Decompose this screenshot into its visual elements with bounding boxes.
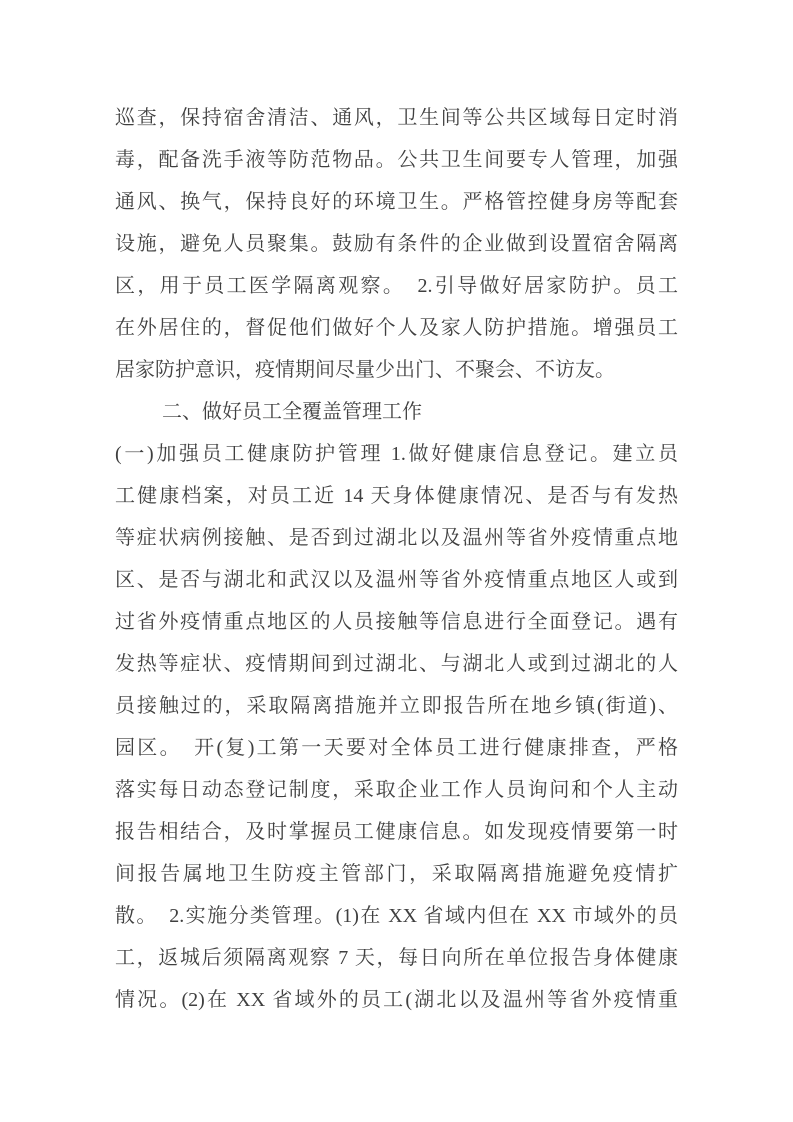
text-line: 发热等症状、疫情期间到过湖北、与湖北人或到过湖北的人 xyxy=(115,643,678,685)
text-line: 居家防护意识，疫情期间尽量少出门、不聚会、不访友。 xyxy=(115,349,678,391)
text-line: 设施，避免人员聚集。鼓励有条件的企业做到设置宿舍隔离 xyxy=(115,223,678,265)
text-line: 巡查，保持宿舍清洁、通风，卫生间等公共区域每日定时消 xyxy=(115,97,678,139)
text-line: 员接触过的，采取隔离措施并立即报告所在地乡镇(街道)、 xyxy=(115,685,678,727)
text-line: (一)加强员工健康防护管理 1.做好健康信息登记。建立员 xyxy=(115,433,678,475)
text-line: 毒，配备洗手液等防范物品。公共卫生间要专人管理，加强 xyxy=(115,139,678,181)
document-body: 巡查，保持宿舍清洁、通风，卫生间等公共区域每日定时消毒，配备洗手液等防范物品。公… xyxy=(115,97,678,1021)
text-line: 在外居住的，督促他们做好个人及家人防护措施。增强员工 xyxy=(115,307,678,349)
document-page: 巡查，保持宿舍清洁、通风，卫生间等公共区域每日定时消毒，配备洗手液等防范物品。公… xyxy=(0,0,793,1122)
text-line: 通风、换气，保持良好的环境卫生。严格管控健身房等配套 xyxy=(115,181,678,223)
text-line: 工，返城后须隔离观察 7 天，每日向所在单位报告身体健康 xyxy=(115,937,678,979)
text-line: 散。 2.实施分类管理。(1)在 XX 省域内但在 XX 市域外的员 xyxy=(115,895,678,937)
text-line: 间报告属地卫生防疫主管部门，采取隔离措施避免疫情扩 xyxy=(115,853,678,895)
text-line: 区，用于员工医学隔离观察。 2.引导做好居家防护。员工 xyxy=(115,265,678,307)
text-line: 等症状病例接触、是否到过湖北以及温州等省外疫情重点地 xyxy=(115,517,678,559)
text-line: 工健康档案，对员工近 14 天身体健康情况、是否与有发热 xyxy=(115,475,678,517)
text-line: 情况。(2)在 XX 省域外的员工(湖北以及温州等省外疫情重 xyxy=(115,979,678,1021)
text-line: 园区。 开(复)工第一天要对全体员工进行健康排查，严格 xyxy=(115,727,678,769)
text-line: 二、做好员工全覆盖管理工作 xyxy=(115,391,678,433)
text-line: 报告相结合，及时掌握员工健康信息。如发现疫情要第一时 xyxy=(115,811,678,853)
text-line: 过省外疫情重点地区的人员接触等信息进行全面登记。遇有 xyxy=(115,601,678,643)
text-line: 区、是否与湖北和武汉以及温州等省外疫情重点地区人或到 xyxy=(115,559,678,601)
text-line: 落实每日动态登记制度，采取企业工作人员询问和个人主动 xyxy=(115,769,678,811)
